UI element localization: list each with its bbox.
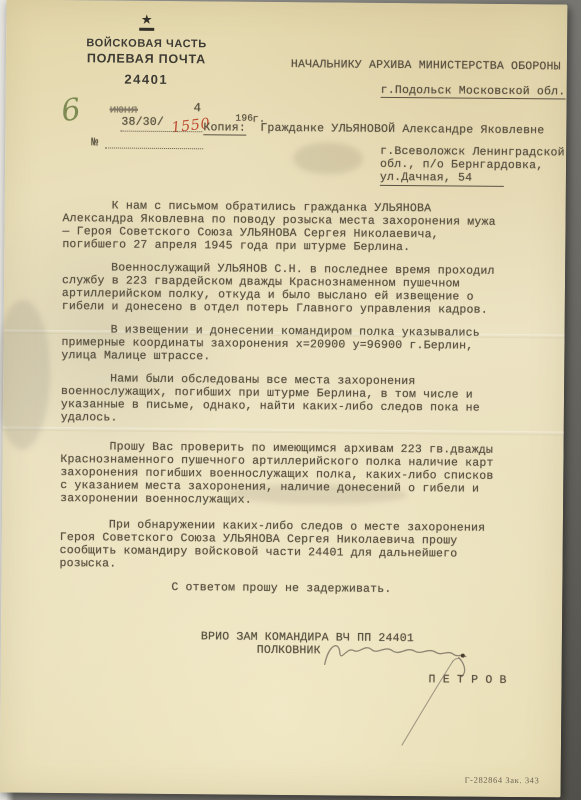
- scanned-letter-page: { "scan": { "background_color": "#84827c…: [0, 0, 581, 800]
- paragraph: К нам с письмом обратились гражданка УЛЬ…: [62, 199, 496, 255]
- copy-label: Копия:: [203, 121, 246, 135]
- handwritten-day: 6: [60, 95, 83, 127]
- addressee-line2: г.Подольск Московской обл.: [381, 84, 566, 100]
- addressee-line1: НАЧАЛЬНИКУ АРХИВА МИНИСТЕРСТВА ОБОРОНЫ: [291, 58, 561, 73]
- copy-recipient: Гражданке УЛЬЯНОВОЙ Александре Яковлевне: [260, 122, 544, 137]
- paragraph: С ответом прошу не задерживать.: [59, 580, 493, 597]
- military-unit-stamp: ★ ВОЙСКОВАЯ ЧАСТЬ ПОЛЕВАЯ ПОЧТА 24401: [54, 12, 240, 87]
- number-sign: №: [91, 136, 98, 149]
- paragraph: Нами были обследованы все места захороне…: [61, 372, 495, 428]
- letter-body: К нам с письмом обратились гражданка УЛЬ…: [59, 199, 497, 607]
- pencil-stroke: [390, 653, 471, 754]
- paragraph: Прошу Вас проверить по имеющимся архивам…: [60, 440, 495, 509]
- typed-day-digit: 4: [193, 102, 201, 115]
- paragraph: В извещении и донесении командиром полка…: [61, 323, 495, 366]
- paragraph: Военнослужащий УЛЬЯНОВ С.Н. в последнее …: [62, 261, 496, 317]
- stamp-unit-number: 24401: [54, 70, 239, 87]
- copy-address-line3: ул.Дачная, 54: [380, 171, 504, 187]
- stamp-divider: [139, 28, 154, 31]
- star-icon: ★: [54, 12, 239, 27]
- dotted-line: [120, 130, 202, 133]
- paragraph: При обнаружении каких-либо следов о мест…: [59, 518, 493, 574]
- letter-sheet: ★ ВОЙСКОВАЯ ЧАСТЬ ПОЛЕВАЯ ПОЧТА 24401 ию…: [0, 0, 567, 797]
- outgoing-number-typed: 38/30/: [121, 116, 164, 129]
- signer-rank: ПОЛКОВНИК: [257, 644, 321, 658]
- print-code: Г-282864 Зак. 343: [465, 775, 540, 786]
- ink-dot: [461, 654, 465, 658]
- stamp-unit-line2: ПОЛЕВАЯ ПОЧТА: [54, 49, 239, 67]
- dotted-line: [105, 146, 203, 149]
- bleed-through-stain: [293, 142, 363, 175]
